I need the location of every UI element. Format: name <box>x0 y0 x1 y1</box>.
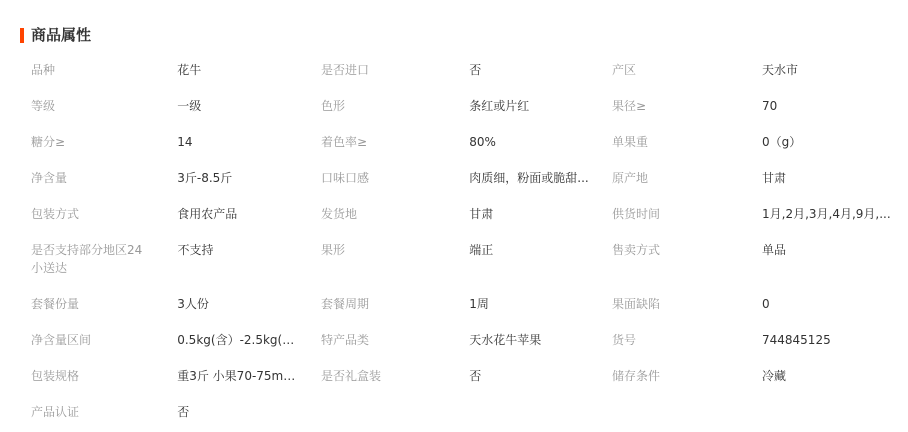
attribute-value: 单品 <box>762 232 892 286</box>
attribute-cell: 等级 一级 <box>0 88 296 124</box>
attribute-label: 原产地 <box>592 160 762 196</box>
attribute-cell: 产区 天水市 <box>592 52 908 88</box>
attribute-value: 一级 <box>177 88 296 124</box>
attribute-cell: 原产地 甘肃 <box>592 160 908 196</box>
attribute-value: 花牛 <box>177 52 296 88</box>
attribute-value: 14 <box>177 124 296 160</box>
attribute-label: 是否支持部分地区24小送达 <box>0 232 148 286</box>
attribute-cell: 净含量区间 0.5kg(含）-2.5kg(不含) <box>0 322 296 358</box>
attribute-value: 1月,2月,3月,4月,9月,... <box>762 196 892 232</box>
attribute-label: 供货时间 <box>592 196 762 232</box>
attribute-label: 售卖方式 <box>592 232 762 286</box>
attribute-cell: 包装方式 食用农产品 <box>0 196 296 232</box>
attribute-value: 1周 <box>469 286 592 322</box>
attribute-label: 产区 <box>592 52 762 88</box>
attribute-cell: 品种 花牛 <box>0 52 296 88</box>
attribute-label: 品种 <box>0 52 177 88</box>
attribute-label: 套餐周期 <box>296 286 469 322</box>
attribute-label: 等级 <box>0 88 177 124</box>
attribute-label: 货号 <box>592 322 762 358</box>
attribute-value: 食用农产品 <box>177 196 296 232</box>
attribute-cell: 色形 条红或片红 <box>296 88 592 124</box>
attribute-row: 产品认证 否 <box>0 394 908 430</box>
attribute-label: 单果重 <box>592 124 762 160</box>
attribute-cell: 特产品类 天水花牛苹果 <box>296 322 592 358</box>
attribute-value: 70 <box>762 88 892 124</box>
attribute-cell: 包装规格 重3斤 小果70-75mm,... <box>0 358 296 394</box>
attribute-label: 着色率≥ <box>296 124 469 160</box>
attribute-label: 套餐份量 <box>0 286 177 322</box>
attribute-value: 3人份 <box>177 286 296 322</box>
attribute-label: 储存条件 <box>592 358 762 394</box>
attribute-value: 肉质细，粉面或脆甜... <box>469 160 592 196</box>
attribute-value: 天水市 <box>762 52 892 88</box>
attribute-row: 套餐份量 3人份 套餐周期 1周 果面缺陷 0 <box>0 286 908 322</box>
attribute-value: 甘肃 <box>762 160 892 196</box>
attribute-label: 口味口感 <box>296 160 469 196</box>
attribute-cell: 果径≥ 70 <box>592 88 908 124</box>
attribute-cell: 果面缺陷 0 <box>592 286 908 322</box>
section-title: 商品属性 <box>20 26 91 44</box>
attribute-row: 净含量 3斤-8.5斤 口味口感 肉质细，粉面或脆甜... 原产地 甘肃 <box>0 160 908 196</box>
attribute-label: 产品认证 <box>0 394 177 430</box>
attribute-row: 包装方式 食用农产品 发货地 甘肃 供货时间 1月,2月,3月,4月,9月,..… <box>0 196 908 232</box>
attribute-row: 是否支持部分地区24小送达 不支持 果形 端正 售卖方式 单品 <box>0 232 908 286</box>
attribute-row: 等级 一级 色形 条红或片红 果径≥ 70 <box>0 88 908 124</box>
attribute-label: 净含量区间 <box>0 322 177 358</box>
attribute-value: 744845125 <box>762 322 892 358</box>
attribute-cell: 糖分≥ 14 <box>0 124 296 160</box>
attribute-label: 包装方式 <box>0 196 177 232</box>
attribute-cell: 产品认证 否 <box>0 394 296 430</box>
attribute-cell: 套餐份量 3人份 <box>0 286 296 322</box>
attribute-cell: 套餐周期 1周 <box>296 286 592 322</box>
attribute-cell: 是否进口 否 <box>296 52 592 88</box>
attribute-label: 包装规格 <box>0 358 177 394</box>
attribute-cell: 净含量 3斤-8.5斤 <box>0 160 296 196</box>
attribute-value: 甘肃 <box>469 196 592 232</box>
attribute-cell: 是否支持部分地区24小送达 不支持 <box>0 232 296 286</box>
attribute-value: 0 <box>762 286 892 322</box>
section-title-text: 商品属性 <box>31 26 91 44</box>
attribute-cell: 口味口感 肉质细，粉面或脆甜... <box>296 160 592 196</box>
attribute-row: 包装规格 重3斤 小果70-75mm,... 是否礼盒装 否 储存条件 冷藏 <box>0 358 908 394</box>
attribute-cell: 供货时间 1月,2月,3月,4月,9月,... <box>592 196 908 232</box>
attribute-value: 80% <box>469 124 592 160</box>
attribute-cell: 着色率≥ 80% <box>296 124 592 160</box>
attribute-cell: 果形 端正 <box>296 232 592 286</box>
attribute-cell: 是否礼盒装 否 <box>296 358 592 394</box>
attribute-cell: 单果重 0（g） <box>592 124 908 160</box>
attribute-label: 是否礼盒装 <box>296 358 469 394</box>
attribute-value: 0（g） <box>762 124 892 160</box>
attribute-value: 冷藏 <box>762 358 892 394</box>
attribute-row: 净含量区间 0.5kg(含）-2.5kg(不含) 特产品类 天水花牛苹果 货号 … <box>0 322 908 358</box>
attribute-label: 果形 <box>296 232 469 286</box>
attribute-value: 否 <box>469 358 592 394</box>
attribute-label: 果面缺陷 <box>592 286 762 322</box>
attribute-value: 重3斤 小果70-75mm,... <box>177 358 296 394</box>
attribute-cell: 货号 744845125 <box>592 322 908 358</box>
attribute-value: 条红或片红 <box>469 88 592 124</box>
attribute-label: 发货地 <box>296 196 469 232</box>
attribute-value: 3斤-8.5斤 <box>177 160 296 196</box>
attribute-value: 0.5kg(含）-2.5kg(不含) <box>177 322 296 358</box>
attribute-value: 端正 <box>469 232 592 286</box>
attribute-value: 天水花牛苹果 <box>469 322 592 358</box>
attribute-cell: 售卖方式 单品 <box>592 232 908 286</box>
attribute-cell: 储存条件 冷藏 <box>592 358 908 394</box>
attribute-grid: 品种 花牛 是否进口 否 产区 天水市 等级 一级 色形 条红或片红 果径≥ 7… <box>0 52 908 430</box>
attribute-value: 不支持 <box>178 232 296 286</box>
attribute-label: 特产品类 <box>296 322 469 358</box>
attribute-label: 果径≥ <box>592 88 762 124</box>
attribute-label: 色形 <box>296 88 469 124</box>
attribute-label: 净含量 <box>0 160 177 196</box>
attribute-value: 否 <box>469 52 592 88</box>
attribute-label: 糖分≥ <box>0 124 177 160</box>
attribute-row: 品种 花牛 是否进口 否 产区 天水市 <box>0 52 908 88</box>
attribute-row: 糖分≥ 14 着色率≥ 80% 单果重 0（g） <box>0 124 908 160</box>
attribute-cell: 发货地 甘肃 <box>296 196 592 232</box>
attribute-label: 是否进口 <box>296 52 469 88</box>
attribute-value: 否 <box>177 394 296 430</box>
title-accent-bar <box>20 28 24 43</box>
